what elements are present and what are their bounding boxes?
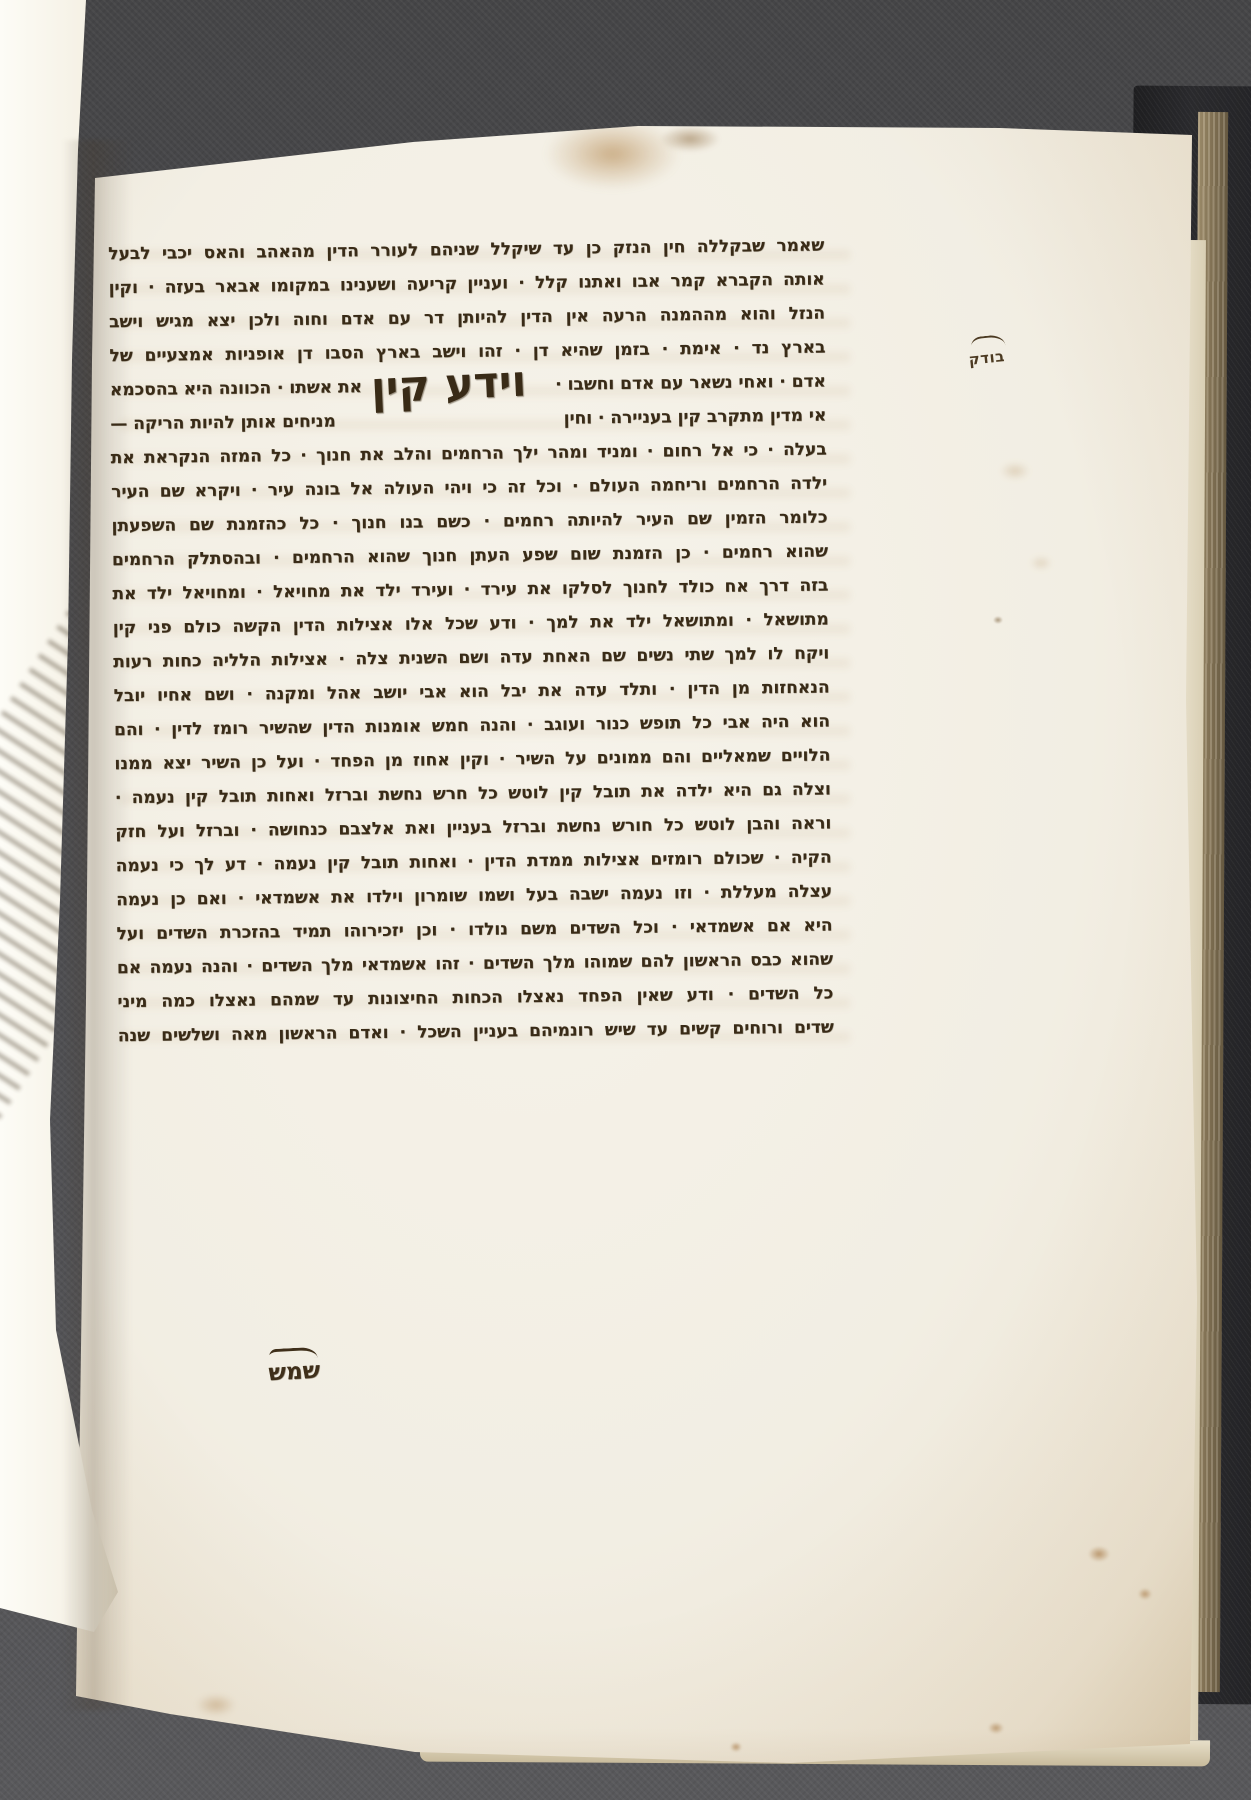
line-segment: אי מדין מתקרב קין בעניירה · וחין xyxy=(564,398,827,435)
manuscript-page: שאמר שבקללה חין הנזק כן עד שיקלל שניהם ל… xyxy=(0,0,1251,1800)
section-heading: וידע קין xyxy=(369,357,526,412)
text-block: שאמר שבקללה חין הנזק כן עד שיקלל שניהם ל… xyxy=(108,229,834,1068)
catchword-word: שמש xyxy=(268,1358,321,1387)
line-segment: מניחים אותן להיות הריקה — xyxy=(110,404,336,441)
line-segment: אדם · ואחי נשאר עם אדם וחשבו · xyxy=(555,364,826,401)
manuscript-photo: שאמר שבקללה חין הנזק כן עד שיקלל שניהם ל… xyxy=(0,0,1251,1800)
catchword: שמש xyxy=(257,1346,331,1387)
marginal-gloss: בודק xyxy=(964,334,1007,369)
line-segment: את אשתו · הכוונה היא בהסכמא xyxy=(110,370,362,407)
gloss-word: בודק xyxy=(968,347,1006,369)
gutter-shadow xyxy=(62,140,132,1710)
